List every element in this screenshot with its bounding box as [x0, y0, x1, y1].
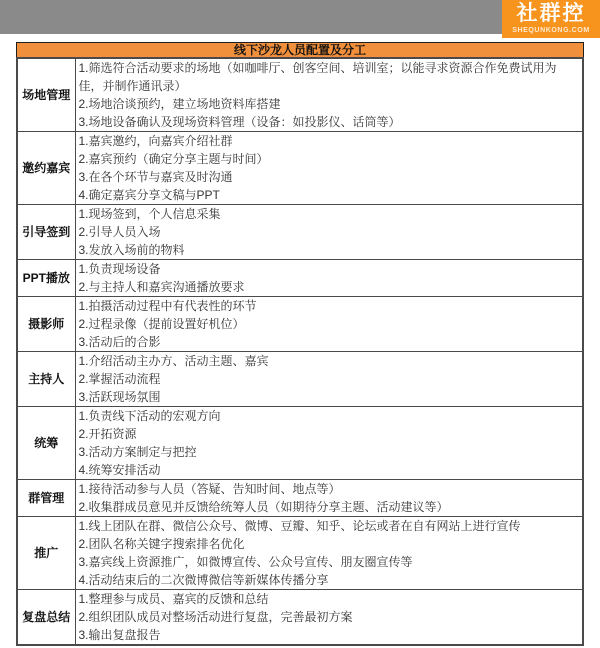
table-row: 场地管理1.筛选符合活动要求的场地（如咖啡厅、创客空间、培训室；以能寻求资源合作…: [17, 58, 583, 132]
duty-item: 2.与主持人和嘉宾沟通播放要求: [79, 278, 580, 296]
duty-item: 1.介绍活动主办方、活动主题、嘉宾: [79, 352, 580, 370]
duty-item: 3.嘉宾线上资源推广，如微博宣传、公众号宣传、朋友圈宣传等: [79, 553, 580, 571]
table-row: 复盘总结1.整理参与成员、嘉宾的反馈和总结2.组织团队成员对整场活动进行复盘，完…: [17, 590, 583, 646]
table-row: 统筹1.负责线下活动的宏观方向2.开拓资源3.活动方案制定与把控4.统筹安排活动: [17, 407, 583, 480]
table-row: 主持人1.介绍活动主办方、活动主题、嘉宾2.掌握活动流程3.活跃现场氛围: [17, 352, 583, 407]
duties-cell: 1.嘉宾邀约，向嘉宾介绍社群2.嘉宾预约（确定分享主题与时间）3.在各个环节与嘉…: [75, 132, 583, 205]
duty-item: 3.活动后的合影: [79, 333, 580, 351]
duties-cell: 1.负责现场设备2.与主持人和嘉宾沟通播放要求: [75, 260, 583, 297]
role-cell: 主持人: [17, 352, 75, 407]
duties-cell: 1.接待活动参与人员（答疑、告知时间、地点等）2.收集群成员意见并反馈给统筹人员…: [75, 480, 583, 517]
table-row: 邀约嘉宾1.嘉宾邀约，向嘉宾介绍社群2.嘉宾预约（确定分享主题与时间）3.在各个…: [17, 132, 583, 205]
role-cell: PPT播放: [17, 260, 75, 297]
duty-item: 3.输出复盘报告: [79, 626, 580, 644]
duty-item: 2.掌握活动流程: [79, 370, 580, 388]
duty-item: 2.场地洽谈预约，建立场地资料库搭建: [79, 95, 580, 113]
role-cell: 群管理: [17, 480, 75, 517]
duties-cell: 1.整理参与成员、嘉宾的反馈和总结2.组织团队成员对整场活动进行复盘，完善最初方…: [75, 590, 583, 646]
duty-item: 1.接待活动参与人员（答疑、告知时间、地点等）: [79, 480, 580, 498]
duties-cell: 1.介绍活动主办方、活动主题、嘉宾2.掌握活动流程3.活跃现场氛围: [75, 352, 583, 407]
duty-item: 2.组织团队成员对整场活动进行复盘，完善最初方案: [79, 608, 580, 626]
duty-item: 4.确定嘉宾分享文稿与PPT: [79, 186, 580, 204]
duty-item: 4.统筹安排活动: [79, 461, 580, 479]
logo: 社群控 SHEQUNKONG.COM: [502, 0, 600, 38]
duty-item: 1.线上团队在群、微信公众号、微博、豆瓣、知乎、论坛或者在自有网站上进行宣传: [79, 517, 580, 535]
duty-item: 1.嘉宾邀约，向嘉宾介绍社群: [79, 132, 580, 150]
logo-subtitle: SHEQUNKONG.COM: [502, 26, 600, 35]
duty-item: 1.现场签到，个人信息采集: [79, 205, 580, 223]
duties-cell: 1.线上团队在群、微信公众号、微博、豆瓣、知乎、论坛或者在自有网站上进行宣传2.…: [75, 517, 583, 590]
table-row: 引导签到1.现场签到，个人信息采集2.引导人员入场3.发放入场前的物料: [17, 205, 583, 260]
role-cell: 推广: [17, 517, 75, 590]
role-cell: 引导签到: [17, 205, 75, 260]
duty-item: 3.发放入场前的物料: [79, 241, 580, 259]
table-title: 线下沙龙人员配置及分工: [16, 42, 584, 57]
duty-item: 3.在各个环节与嘉宾及时沟通: [79, 168, 580, 186]
duty-item: 4.活动结束后的二次微博微信等新媒体传播分享: [79, 571, 580, 589]
duty-item: 1.筛选符合活动要求的场地（如咖啡厅、创客空间、培训室；以能寻求资源合作免费试用…: [79, 59, 580, 95]
duty-item: 1.整理参与成员、嘉宾的反馈和总结: [79, 590, 580, 608]
duties-cell: 1.负责线下活动的宏观方向2.开拓资源3.活动方案制定与把控4.统筹安排活动: [75, 407, 583, 480]
role-cell: 场地管理: [17, 58, 75, 132]
duties-cell: 1.筛选符合活动要求的场地（如咖啡厅、创客空间、培训室；以能寻求资源合作免费试用…: [75, 58, 583, 132]
duty-item: 2.嘉宾预约（确定分享主题与时间）: [79, 150, 580, 168]
roles-table: 场地管理1.筛选符合活动要求的场地（如咖啡厅、创客空间、培训室；以能寻求资源合作…: [16, 57, 584, 646]
duties-cell: 1.现场签到，个人信息采集2.引导人员入场3.发放入场前的物料: [75, 205, 583, 260]
table-row: PPT播放1.负责现场设备2.与主持人和嘉宾沟通播放要求: [17, 260, 583, 297]
duty-item: 3.活动方案制定与把控: [79, 443, 580, 461]
duty-item: 3.场地设备确认及现场资料管理（设备：如投影仪、话筒等）: [79, 113, 580, 131]
table-row: 群管理1.接待活动参与人员（答疑、告知时间、地点等）2.收集群成员意见并反馈给统…: [17, 480, 583, 517]
role-cell: 复盘总结: [17, 590, 75, 646]
table-row: 摄影师1.拍摄活动过程中有代表性的环节2.过程录像（提前设置好机位）3.活动后的…: [17, 297, 583, 352]
role-cell: 统筹: [17, 407, 75, 480]
table-row: 推广1.线上团队在群、微信公众号、微博、豆瓣、知乎、论坛或者在自有网站上进行宣传…: [17, 517, 583, 590]
duty-item: 1.拍摄活动过程中有代表性的环节: [79, 297, 580, 315]
duty-item: 2.团队名称关键字搜索排名优化: [79, 535, 580, 553]
duty-item: 1.负责线下活动的宏观方向: [79, 407, 580, 425]
duty-item: 2.过程录像（提前设置好机位）: [79, 315, 580, 333]
duty-item: 3.活跃现场氛围: [79, 388, 580, 406]
logo-title: 社群控: [502, 2, 600, 26]
duty-item: 2.开拓资源: [79, 425, 580, 443]
roles-table-body: 场地管理1.筛选符合活动要求的场地（如咖啡厅、创客空间、培训室；以能寻求资源合作…: [17, 58, 583, 645]
roles-sheet: 线下沙龙人员配置及分工 场地管理1.筛选符合活动要求的场地（如咖啡厅、创客空间、…: [16, 42, 584, 646]
duty-item: 1.负责现场设备: [79, 260, 580, 278]
duty-item: 2.收集群成员意见并反馈给统筹人员（如期待分享主题、活动建议等）: [79, 498, 580, 516]
role-cell: 邀约嘉宾: [17, 132, 75, 205]
duty-item: 2.引导人员入场: [79, 223, 580, 241]
role-cell: 摄影师: [17, 297, 75, 352]
duties-cell: 1.拍摄活动过程中有代表性的环节2.过程录像（提前设置好机位）3.活动后的合影: [75, 297, 583, 352]
